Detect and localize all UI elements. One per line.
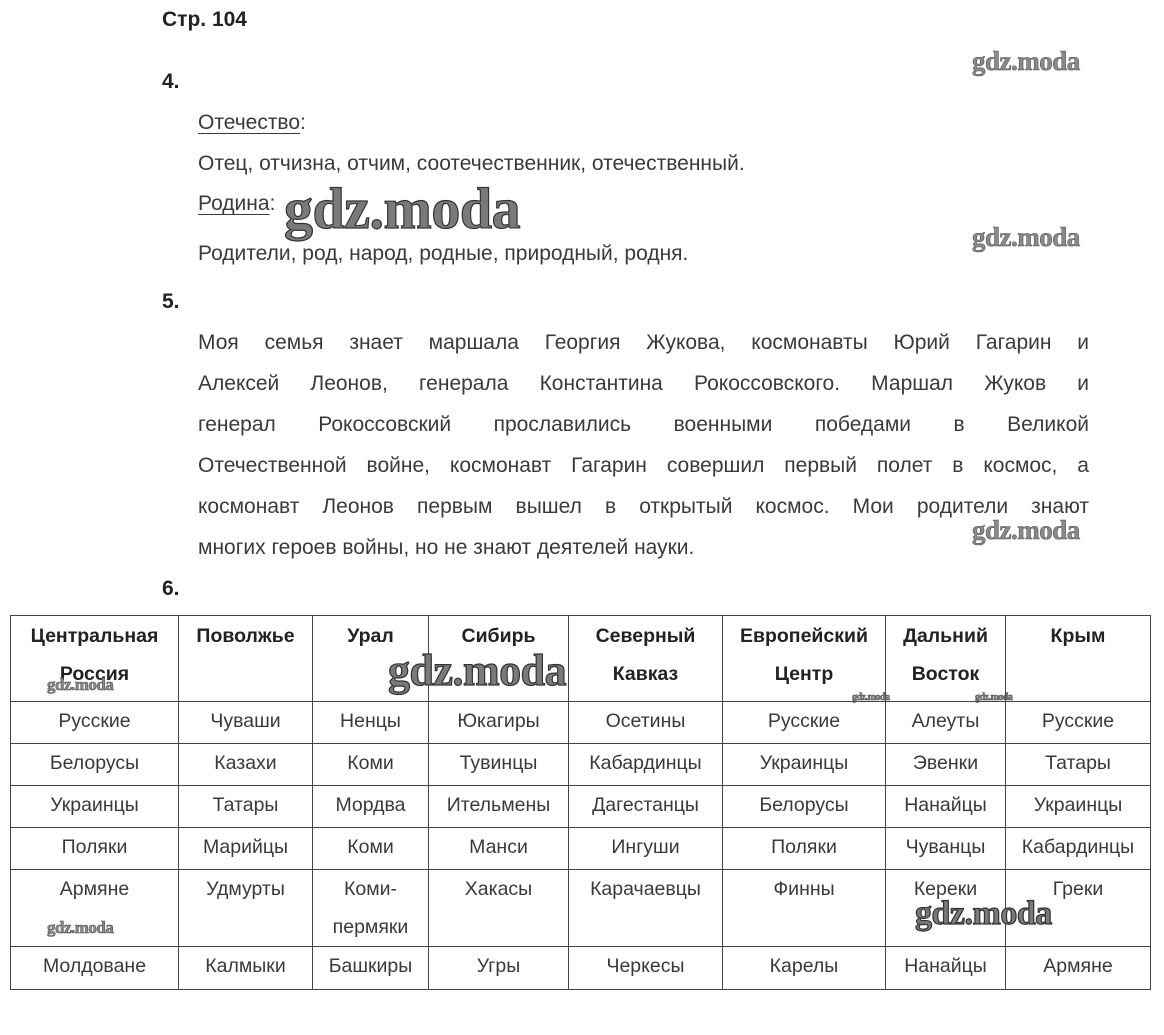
watermark: gdz.moda bbox=[972, 46, 1080, 77]
table-cell: Коми-пермяки bbox=[313, 870, 429, 947]
table-cell: Кабардинцы bbox=[1006, 828, 1151, 870]
column-header: Урал bbox=[313, 616, 429, 702]
table-cell: Карачаевцы bbox=[569, 870, 723, 947]
table-cell: Поляки bbox=[11, 828, 179, 870]
table-cell: Молдоване bbox=[11, 947, 179, 990]
table-cell: Русские bbox=[11, 702, 179, 744]
table-cell: Поляки bbox=[723, 828, 886, 870]
column-header-line: Дальний bbox=[886, 617, 1005, 655]
column-header-line: Сибирь bbox=[429, 617, 568, 655]
table-cell: Ительмены bbox=[429, 786, 569, 828]
column-header-line: Урал bbox=[313, 617, 428, 655]
table-row: БелорусыКазахиКомиТувинцыКабардинцыУкраи… bbox=[11, 744, 1151, 786]
column-header-line: Центр bbox=[723, 655, 885, 693]
watermark: gdz.moda bbox=[284, 175, 520, 242]
table-cell: Белорусы bbox=[11, 744, 179, 786]
table-cell: Казахи bbox=[179, 744, 313, 786]
table-cell: Коми bbox=[313, 828, 429, 870]
column-header-line: Восток bbox=[886, 655, 1005, 693]
table-row: МолдованеКалмыкиБашкирыУгрыЧеркесыКарелы… bbox=[11, 947, 1151, 990]
page-label: Стр. 104 bbox=[162, 8, 247, 32]
column-header: ЦентральнаяРоссия bbox=[11, 616, 179, 702]
table-cell: Дагестанцы bbox=[569, 786, 723, 828]
table-cell: Белорусы bbox=[723, 786, 886, 828]
table-cell: Коми bbox=[313, 744, 429, 786]
peoples-by-region-table: ЦентральнаяРоссияПоволжьеУралСибирьСевер… bbox=[10, 615, 1151, 990]
column-header: СеверныйКавказ bbox=[569, 616, 723, 702]
table-cell: Татары bbox=[179, 786, 313, 828]
heading-fatherland-text: Отечество bbox=[198, 111, 300, 134]
table-cell: Алеуты bbox=[886, 702, 1006, 744]
heading-colon: : bbox=[270, 192, 276, 215]
paragraph-line: генерал Рокоссовский прославились военны… bbox=[198, 404, 1089, 445]
table-cell: Кабардинцы bbox=[569, 744, 723, 786]
paragraph-line: Моя семья знает маршала Георгия Жукова, … bbox=[198, 322, 1089, 363]
task-4-words-motherland: Родители, род, народ, родные, природный,… bbox=[198, 242, 688, 266]
table-cell: Тувинцы bbox=[429, 744, 569, 786]
paragraph-line: Отечественной войне, космонавт Гагарин с… bbox=[198, 445, 1089, 486]
cell-line: пермяки bbox=[313, 908, 428, 946]
column-header: Крым bbox=[1006, 616, 1151, 702]
table-cell: Греки bbox=[1006, 870, 1151, 947]
table-cell: Нанайцы bbox=[886, 786, 1006, 828]
table-cell: Татары bbox=[1006, 744, 1151, 786]
table-cell: Финны bbox=[723, 870, 886, 947]
task-4-words-fatherland: Отец, отчизна, отчим, соотечественник, о… bbox=[198, 152, 745, 176]
table-row: ПолякиМарийцыКомиМансиИнгушиПолякиЧуванц… bbox=[11, 828, 1151, 870]
table-cell: Кереки bbox=[886, 870, 1006, 947]
table-cell: Чуванцы bbox=[886, 828, 1006, 870]
table-cell: Нанайцы bbox=[886, 947, 1006, 990]
table-cell: Эвенки bbox=[886, 744, 1006, 786]
table-cell: Хакасы bbox=[429, 870, 569, 947]
table-cell: Ненцы bbox=[313, 702, 429, 744]
column-header: Поволжье bbox=[179, 616, 313, 702]
task-5-number: 5. bbox=[162, 290, 180, 314]
column-header-line: Поволжье bbox=[179, 617, 312, 655]
table-cell: Ингуши bbox=[569, 828, 723, 870]
watermark: gdz.moda bbox=[972, 222, 1080, 253]
table-header-row: ЦентральнаяРоссияПоволжьеУралСибирьСевер… bbox=[11, 616, 1151, 702]
paragraph-line: Алексей Леонов, генерала Константина Рок… bbox=[198, 363, 1089, 404]
table-cell: Башкиры bbox=[313, 947, 429, 990]
task-4-heading-motherland: Родина: bbox=[198, 192, 275, 216]
column-header-line: Крым bbox=[1006, 617, 1150, 655]
task-5-paragraph: Моя семья знает маршала Георгия Жукова, … bbox=[198, 322, 1089, 568]
task-6-number: 6. bbox=[162, 577, 180, 601]
table-cell: Манси bbox=[429, 828, 569, 870]
table-cell: Армяне bbox=[1006, 947, 1151, 990]
column-header-line: Центральная bbox=[11, 617, 178, 655]
heading-motherland-text: Родина bbox=[198, 192, 270, 215]
table-cell: Русские bbox=[1006, 702, 1151, 744]
table-row: РусскиеЧувашиНенцыЮкагирыОсетиныРусскиеА… bbox=[11, 702, 1151, 744]
table-cell: Русские bbox=[723, 702, 886, 744]
cell-line: Коми- bbox=[313, 870, 428, 908]
column-header-line: Северный bbox=[569, 617, 722, 655]
table-cell: Чуваши bbox=[179, 702, 313, 744]
column-header-line: Кавказ bbox=[569, 655, 722, 693]
table-cell: Марийцы bbox=[179, 828, 313, 870]
table-cell: Удмурты bbox=[179, 870, 313, 947]
column-header: ДальнийВосток bbox=[886, 616, 1006, 702]
table-cell: Осетины bbox=[569, 702, 723, 744]
column-header: ЕвропейскийЦентр bbox=[723, 616, 886, 702]
table-row: АрмянеУдмуртыКоми-пермякиХакасыКарачаевц… bbox=[11, 870, 1151, 947]
task-4-number: 4. bbox=[162, 70, 180, 94]
table-cell: Армяне bbox=[11, 870, 179, 947]
table-cell: Угры bbox=[429, 947, 569, 990]
column-header: Сибирь bbox=[429, 616, 569, 702]
table-cell: Мордва bbox=[313, 786, 429, 828]
table-cell: Черкесы bbox=[569, 947, 723, 990]
table-cell: Карелы bbox=[723, 947, 886, 990]
table-cell: Калмыки bbox=[179, 947, 313, 990]
table-cell: Украинцы bbox=[11, 786, 179, 828]
column-header-line: Европейский bbox=[723, 617, 885, 655]
column-header-line: Россия bbox=[11, 655, 178, 693]
paragraph-line: космонавт Леонов первым вышел в открытый… bbox=[198, 486, 1089, 527]
table-cell: Юкагиры bbox=[429, 702, 569, 744]
heading-colon: : bbox=[300, 111, 306, 134]
task-4-heading-fatherland: Отечество: bbox=[198, 111, 306, 135]
table-cell: Украинцы bbox=[723, 744, 886, 786]
paragraph-line: многих героев войны, но не знают деятеле… bbox=[198, 527, 1089, 568]
table-cell: Украинцы bbox=[1006, 786, 1151, 828]
table-row: УкраинцыТатарыМордваИтельменыДагестанцыБ… bbox=[11, 786, 1151, 828]
